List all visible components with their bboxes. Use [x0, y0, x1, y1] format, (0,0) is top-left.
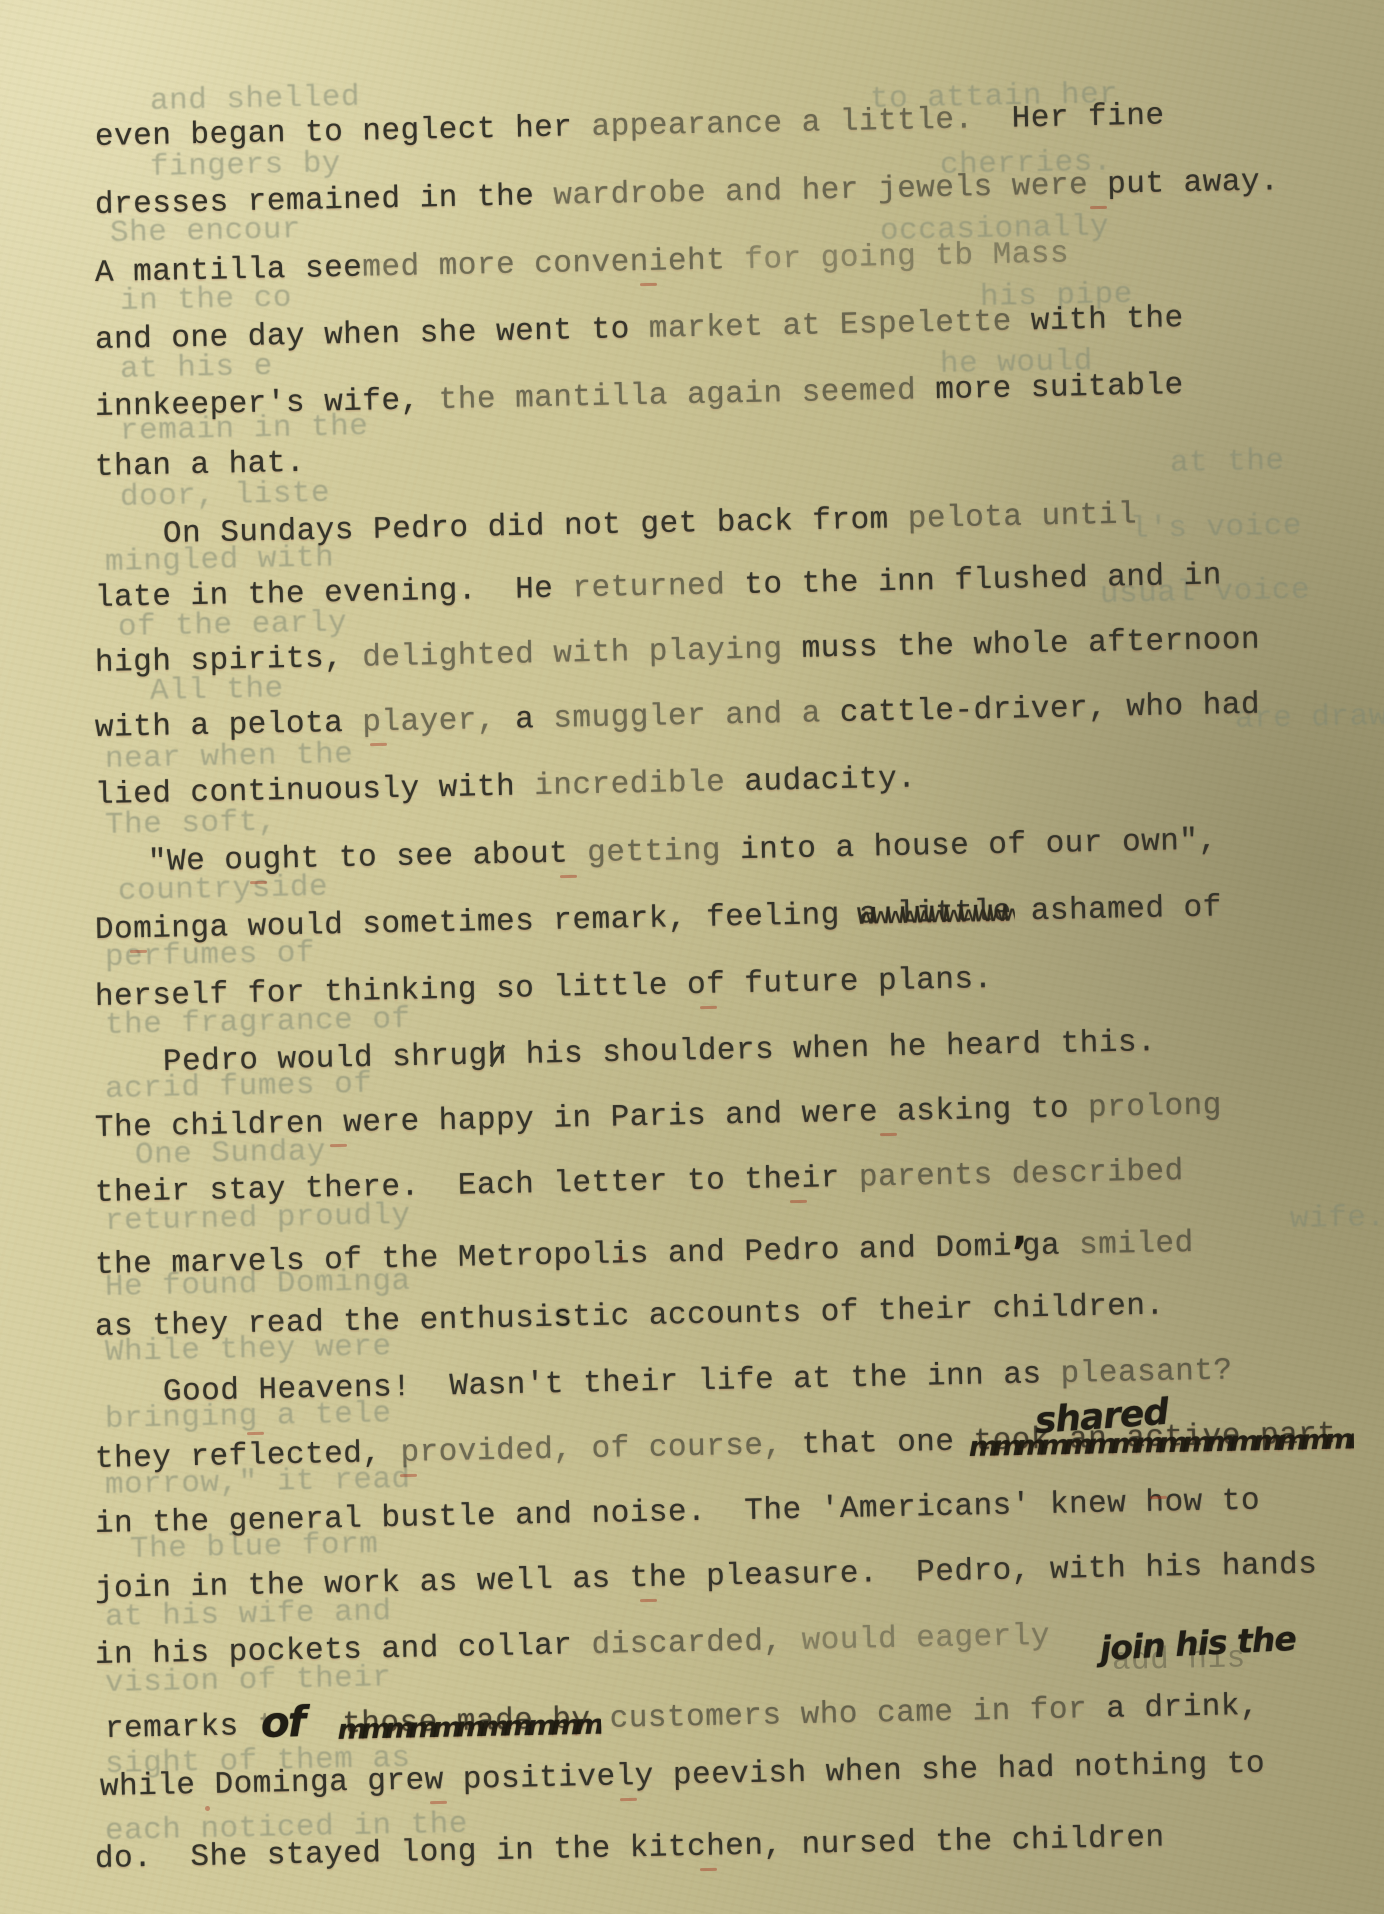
- typed-text: and one day when she went to: [95, 312, 650, 358]
- red-ribbon-fringe: [250, 881, 267, 884]
- red-ribbon-fringe: [1090, 206, 1107, 209]
- red-ribbon-dot: [618, 1256, 623, 1261]
- typed-text-f: getting: [587, 834, 721, 872]
- typed-text: more suitable: [916, 368, 1184, 408]
- typed-text-hb: of: [260, 1697, 304, 1747]
- red-ribbon-fringe: [640, 283, 657, 286]
- typed-text-f: provided, of course,: [400, 1428, 802, 1471]
- typed-text: a: [496, 702, 554, 738]
- typed-text: late in the evening. He: [95, 571, 573, 616]
- typed-text: cattle-driver, who had: [840, 688, 1261, 731]
- typed-text-f: market at Espelette: [649, 305, 1013, 347]
- typed-text: they reflected,: [95, 1436, 401, 1477]
- typed-text-f: incredible: [534, 765, 745, 804]
- typed-text-f2: would eagerly: [801, 1618, 1069, 1658]
- typed-text-p: those made by: [342, 1700, 591, 1745]
- red-ribbon-fringe: [560, 875, 577, 878]
- typed-text-f: prolong: [1088, 1088, 1222, 1126]
- typed-text: ashamed of: [1011, 890, 1222, 929]
- typed-text: ga: [1021, 1228, 1079, 1264]
- manuscript-page: and shelledfingers byShe encourin the co…: [0, 0, 1384, 1914]
- typed-text-f2: for going tb Mass: [744, 236, 1069, 278]
- typed-text: Her fine: [973, 99, 1165, 138]
- typed-text: as they read the enthusi: [95, 1301, 554, 1345]
- typed-text: into a house of our own",: [721, 824, 1218, 869]
- typed-text-f: returned: [572, 568, 725, 606]
- typed-text: in his pockets and collar: [95, 1628, 592, 1673]
- red-ribbon-fringe: [1150, 1496, 1167, 1499]
- typed-text: audacity.: [744, 762, 917, 800]
- red-ribbon-fringe: [247, 1432, 264, 1435]
- typed-text: tic accounts of their children.: [572, 1289, 1165, 1336]
- typed-text: with the: [1011, 301, 1184, 339]
- typed-text-sl: h: [487, 1036, 507, 1076]
- typed-text: that one: [801, 1424, 974, 1462]
- typed-text: his shoulders when he heard this.: [506, 1025, 1156, 1073]
- bleedthrough-line: l's voice: [1130, 507, 1303, 550]
- red-ribbon-fringe: [880, 1133, 897, 1136]
- typed-text-f: pelota until: [908, 497, 1138, 537]
- typed-text: Pedro would shrug: [163, 1038, 488, 1080]
- typed-text-f: wardrobe and her jewels were: [553, 168, 1088, 214]
- typed-text-f: player,: [362, 703, 496, 741]
- typed-text: remarks: [105, 1709, 258, 1747]
- red-ribbon-fringe: [430, 1801, 447, 1804]
- typed-text-f: parents described: [859, 1154, 1184, 1196]
- typed-text: innkeeper's wife,: [95, 383, 439, 425]
- typed-text: muss the whole afternoon: [801, 623, 1260, 667]
- bleedthrough-line: wife.: [1290, 1198, 1384, 1240]
- typed-text-f: smiled: [1079, 1226, 1194, 1263]
- typed-text-f: pleasant?: [1060, 1354, 1233, 1392]
- typed-text-f: med more convenieht: [362, 243, 745, 286]
- red-ribbon-fringe: [400, 1474, 417, 1477]
- typed-text: to the inn flushed and in: [725, 558, 1222, 603]
- handwritten-correction-join-his-the: join his the: [1099, 1619, 1297, 1669]
- typed-text: dresses remained in the: [95, 179, 554, 223]
- typed-text-mk: ’: [1012, 1232, 1023, 1272]
- typed-text: a drink,: [1087, 1689, 1260, 1727]
- typed-text-x: a little: [859, 893, 1013, 936]
- typed-text-f: the mantilla again seemed: [438, 374, 916, 419]
- red-ribbon-fringe: [130, 950, 147, 953]
- typed-text-f: appearance a little.: [591, 102, 974, 145]
- red-ribbon-dot: [205, 1806, 210, 1811]
- typed-text-b: s: [553, 1300, 573, 1335]
- typed-text-f: delighted with playing: [362, 632, 802, 676]
- typed-text-f: discarded,: [591, 1624, 802, 1663]
- typed-text: high spirits,: [95, 641, 363, 681]
- red-ribbon-fringe: [700, 1006, 717, 1009]
- typed-text: the marvels of the Metropolis and Pedro …: [95, 1230, 1012, 1283]
- typed-line: "We ought to see about getting into a ho…: [148, 822, 1218, 883]
- red-ribbon-fringe: [370, 743, 387, 746]
- red-ribbon-fringe: [790, 1200, 807, 1203]
- typed-text: with a pelota: [95, 706, 363, 746]
- typed-text-f: smuggler and a: [553, 696, 840, 737]
- typed-text: even began to neglect her: [95, 110, 592, 155]
- typed-text: than a hat.: [95, 446, 306, 485]
- typed-text-f: customers who came in for: [609, 1692, 1087, 1737]
- typed-text: "We ought to see about: [148, 836, 588, 880]
- red-ribbon-fringe: [330, 1144, 347, 1147]
- typed-text: put away.: [1088, 164, 1280, 203]
- bleedthrough-line: at the: [1170, 442, 1285, 484]
- red-ribbon-fringe: [700, 1868, 717, 1871]
- red-ribbon-fringe: [640, 1599, 657, 1602]
- red-ribbon-fringe: [620, 1798, 637, 1801]
- typed-text: lied continuously with: [95, 769, 535, 813]
- typed-text: A mantilla see: [95, 251, 363, 291]
- typed-line: than a hat.: [95, 444, 306, 488]
